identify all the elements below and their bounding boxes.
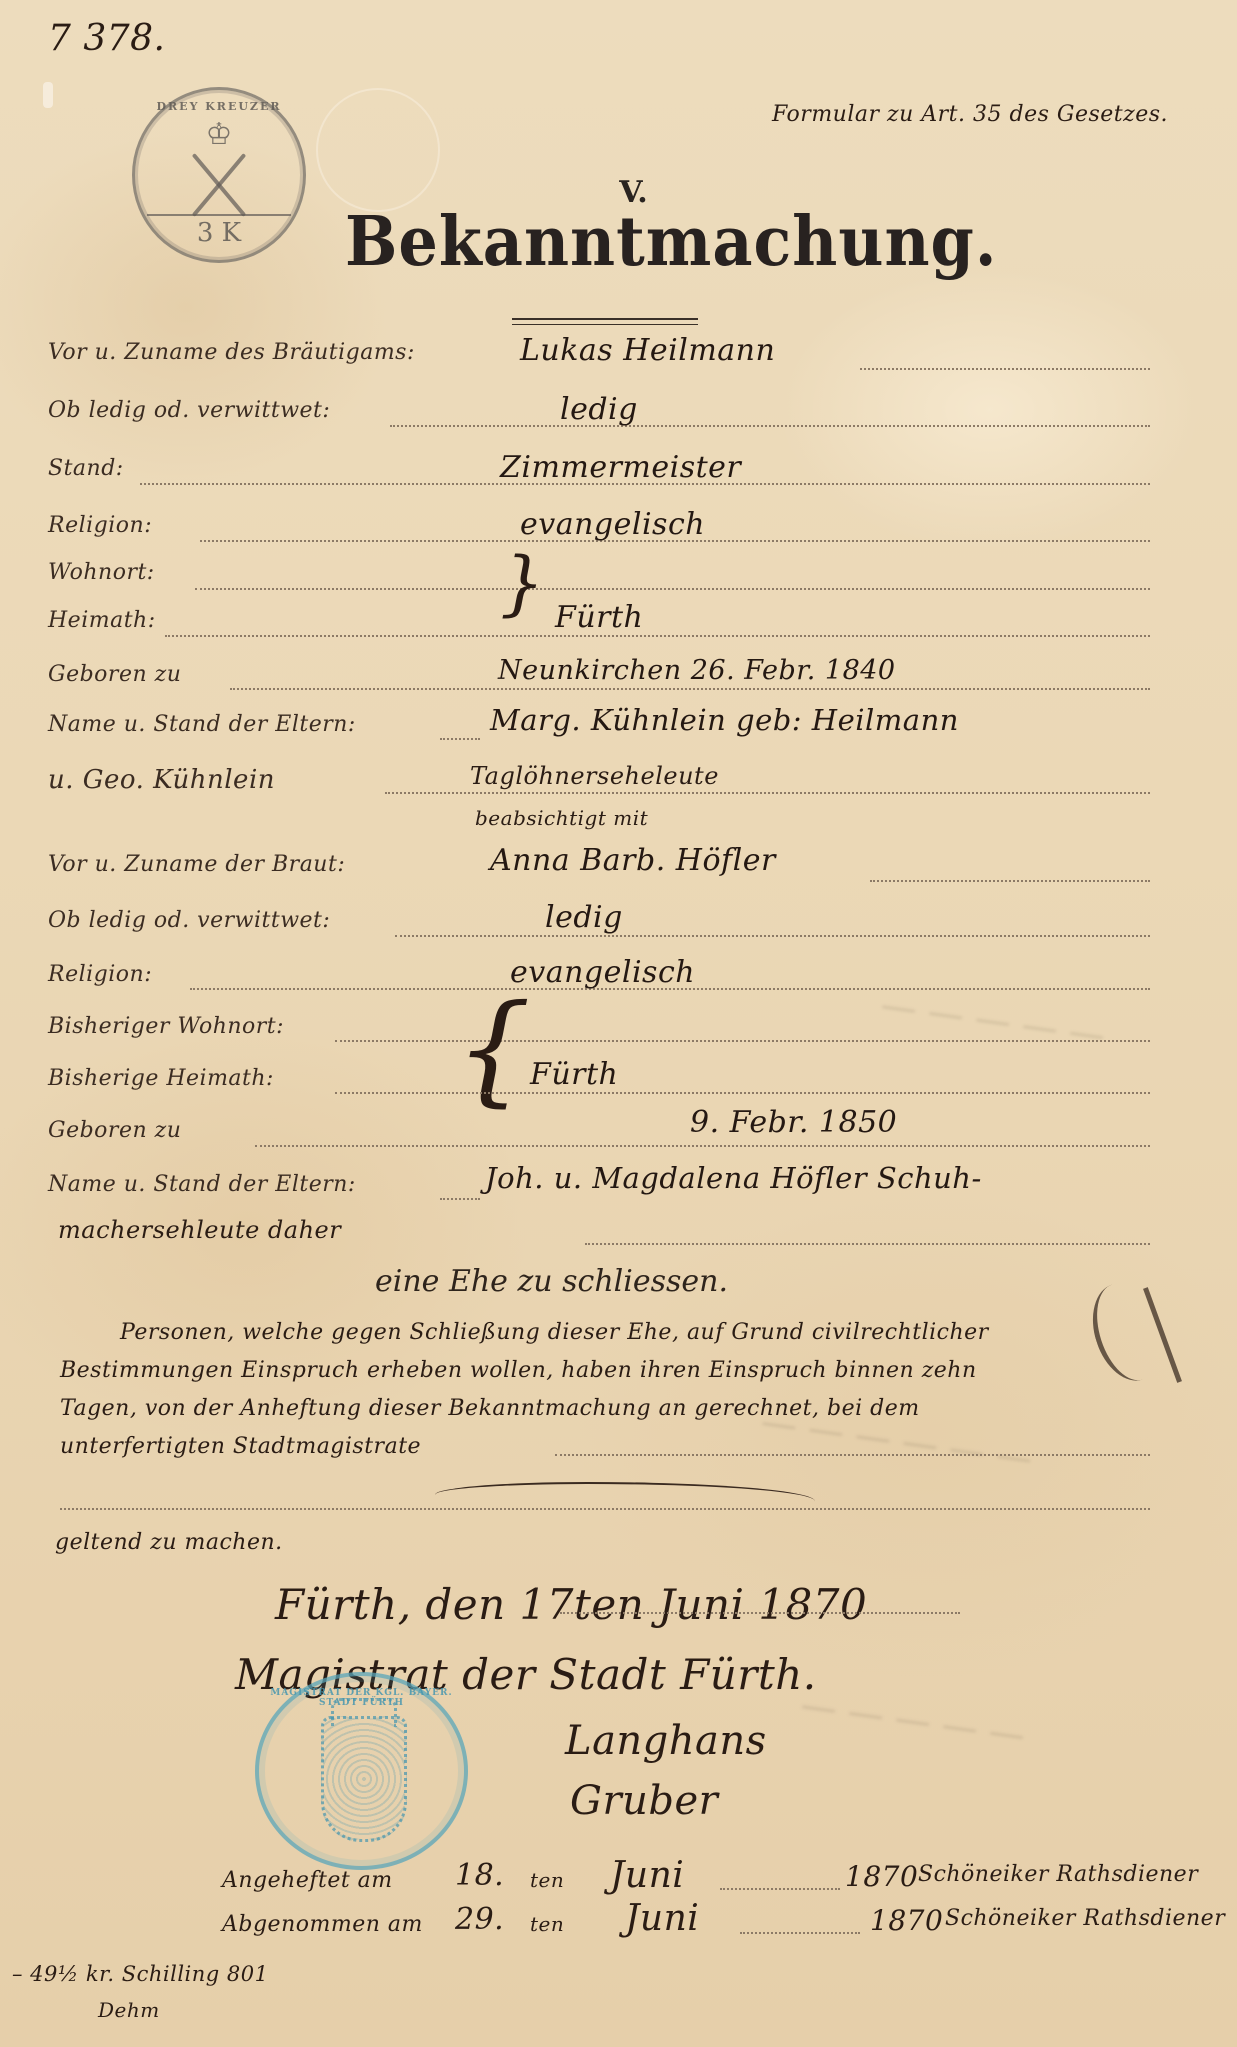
form-reference: Formular zu Art. 35 des Gesetzes. xyxy=(772,102,1168,127)
groom-occupation-value: Zimmermeister xyxy=(500,450,741,485)
marriage-line: eine Ehe zu schliessen. xyxy=(375,1264,728,1299)
dotted-line xyxy=(165,635,1150,637)
dotted-line xyxy=(860,368,1150,370)
dotted-line xyxy=(390,425,1150,427)
groom-marital-label: Ob ledig od. verwittwet: xyxy=(48,398,330,423)
groom-religion-label: Religion: xyxy=(48,513,152,538)
groom-name-value: Lukas Heilmann xyxy=(520,333,775,368)
intends-with: beabsichtigt mit xyxy=(475,806,648,830)
posting-year: 1870 xyxy=(870,1904,943,1937)
dotted-line xyxy=(395,935,1150,937)
dotted-line xyxy=(440,1198,480,1200)
paragraph-line: Personen, welche gegen Schließung dieser… xyxy=(120,1320,989,1345)
signature-2: Gruber xyxy=(570,1778,718,1824)
bride-marital-label: Ob ledig od. verwittwet: xyxy=(48,908,330,933)
posting-month: Juni xyxy=(625,1898,699,1939)
signature-1: Langhans xyxy=(565,1718,767,1764)
posting-label: Angeheftet am xyxy=(222,1868,393,1893)
dotted-line xyxy=(720,1888,840,1890)
bride-residence-label: Bisheriger Wohnort: xyxy=(48,1014,284,1039)
margin-note: – 49½ kr. Schilling 801 xyxy=(12,1962,269,1986)
coat-of-arms-icon xyxy=(321,1716,407,1842)
dotted-line xyxy=(870,880,1150,882)
groom-hometown-label: Heimath: xyxy=(48,608,156,633)
posting-day: 29. xyxy=(455,1902,504,1937)
groom-parents-label: Name u. Stand der Eltern: xyxy=(48,712,356,737)
tax-stamp-value: 3 K xyxy=(135,218,303,248)
punch-hole xyxy=(43,82,53,108)
tax-stamp-ring-text: DREY KREUZER xyxy=(135,100,303,113)
groom-parents-occupation: Taglöhnerseheleute xyxy=(470,762,719,790)
dotted-line xyxy=(255,1145,1150,1147)
page-title: Bekanntmachung. xyxy=(345,201,885,281)
posting-signature: Schöneiker Rathsdiener xyxy=(918,1862,1198,1887)
bride-parents-value: Joh. u. Magdalena Höfler Schuh- xyxy=(485,1161,982,1195)
dotted-line xyxy=(385,792,1150,794)
groom-birthplace-value: Neunkirchen 26. Febr. 1840 xyxy=(498,655,896,686)
dotted-line xyxy=(560,1612,960,1614)
title-rule xyxy=(512,318,698,325)
posting-day: 18. xyxy=(455,1858,504,1893)
archive-number: 7 378. xyxy=(48,18,166,59)
paragraph-line: Tagen, von der Anheftung dieser Bekanntm… xyxy=(60,1396,920,1421)
groom-name-label: Vor u. Zuname des Bräutigams: xyxy=(48,340,415,365)
paragraph-line: unterfertigten Stadtmagistrate xyxy=(60,1434,421,1459)
place-date: Fürth, den 17ten Juni 1870 xyxy=(275,1580,867,1629)
official-seal: MAGISTRAT DER KGL. BAYER. STADT FÜRTH xyxy=(255,1672,468,1870)
posting-signature: Schöneiker Rathsdiener xyxy=(945,1906,1225,1931)
paragraph-line: Bestimmungen Einspruch erheben wollen, h… xyxy=(60,1358,977,1383)
posting-den: ten xyxy=(530,1868,564,1892)
margin-note-signature: Dehm xyxy=(98,1998,160,2022)
bride-parents-label: Name u. Stand der Eltern: xyxy=(48,1172,356,1197)
groom-occupation-label: Stand: xyxy=(48,456,124,481)
dotted-line xyxy=(195,588,1150,590)
posting-month: Juni xyxy=(610,1855,684,1896)
groom-parents-value: Marg. Kühnlein geb: Heilmann xyxy=(490,703,959,737)
groom-religion-value: evangelisch xyxy=(520,507,705,542)
closing-line: geltend zu machen. xyxy=(55,1530,283,1555)
groom-hometown-value: Fürth xyxy=(555,600,643,635)
bride-hometown-label: Bisherige Heimath: xyxy=(48,1066,274,1091)
bride-hometown-value: Fürth xyxy=(530,1057,618,1092)
bride-birthplace-label: Geboren zu xyxy=(48,1118,181,1143)
bride-religion-label: Religion: xyxy=(48,962,152,987)
dotted-line xyxy=(555,1454,1150,1456)
dotted-line xyxy=(440,738,480,740)
posting-year: 1870 xyxy=(845,1860,918,1893)
dotted-line xyxy=(585,1243,1150,1245)
posting-label: Abgenommen am xyxy=(222,1912,423,1937)
crown-icon: ♔ xyxy=(199,120,239,150)
groom-birthplace-label: Geboren zu xyxy=(48,662,181,687)
bride-parents-continuation: machersehleute daher xyxy=(58,1216,341,1244)
groom-residence-label: Wohnort: xyxy=(48,560,155,585)
dotted-line xyxy=(230,688,1150,690)
posting-den: ten xyxy=(530,1912,564,1936)
bride-name-label: Vor u. Zuname der Braut: xyxy=(48,852,345,877)
bride-religion-value: evangelisch xyxy=(510,955,695,990)
dotted-line xyxy=(60,1508,1150,1510)
bride-birthplace-value: 9. Febr. 1850 xyxy=(690,1105,897,1140)
bride-marital-value: ledig xyxy=(545,900,623,935)
bracket-mark: } xyxy=(500,548,545,618)
stamp-divider xyxy=(147,214,291,216)
bride-name-value: Anna Barb. Höfler xyxy=(490,843,776,878)
dotted-line xyxy=(335,1092,1150,1094)
groom-father-label: u. Geo. Kühnlein xyxy=(48,765,275,795)
dotted-line xyxy=(740,1932,860,1934)
groom-marital-value: ledig xyxy=(560,392,638,427)
